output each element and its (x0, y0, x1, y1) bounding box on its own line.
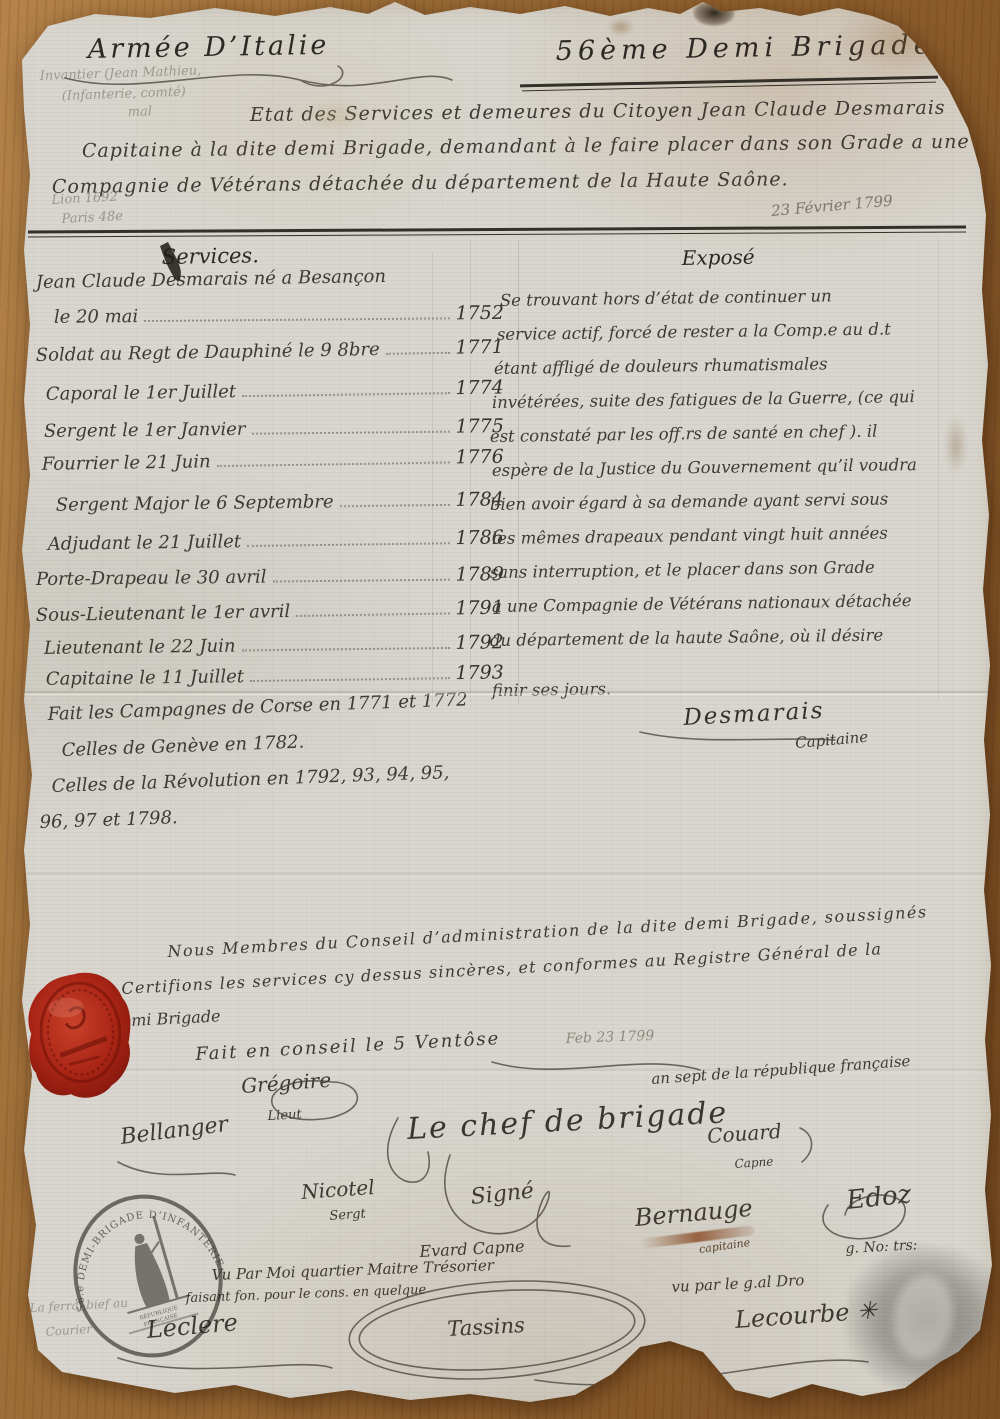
paper-shadow-wrap: Invantier (Jean Mathieu, (Infanterie, co… (0, 0, 1000, 1419)
photo-of-document: { "document": { "colors": {"wood":"#9a6a… (0, 0, 1000, 1419)
paper-sheet: Invantier (Jean Mathieu, (Infanterie, co… (0, 0, 1000, 1419)
deckle-edge-shading (0, 0, 1000, 1419)
